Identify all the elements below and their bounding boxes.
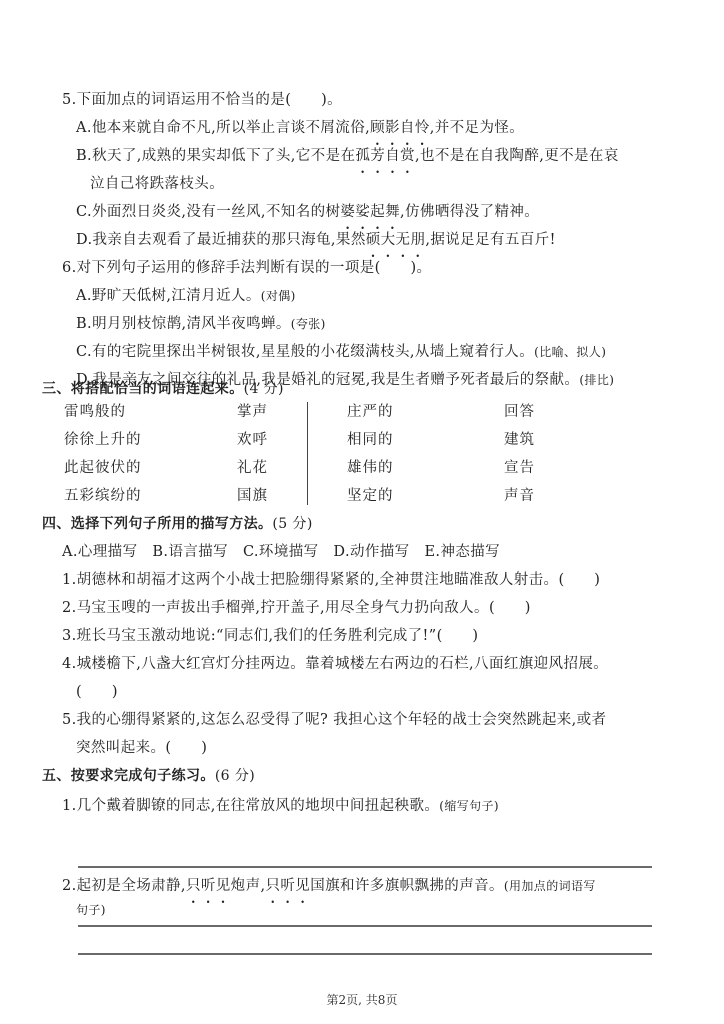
match-right-target: 建筑: [504, 430, 535, 450]
question-5-option-c: C.外面烈日炎炎,没有一丝风,不知名的树婆娑起舞,仿佛晒得没了精神。: [76, 202, 539, 222]
section-points: (6 分): [215, 768, 255, 784]
section-5-item-1: 1.几个戴着脚镣的同志,在往常放风的地坝中间扭起秧歌。(缩写句子): [62, 796, 499, 816]
option-text: C.有的宅院里探出半树银妆,星星般的小花缀满枝头,从墙上窥着行人。: [76, 344, 534, 360]
question-6-option-a: A.野旷天低树,江清月近人。(对偶): [76, 286, 296, 306]
section-points: (4 分): [244, 381, 284, 397]
option-text: A.他本来就自命不凡,所以举止言谈不屑流俗,: [76, 120, 370, 136]
page-indicator: 第2页, 共8页: [0, 991, 724, 1008]
rhetoric-note: (对偶): [261, 289, 296, 303]
match-left-word: 雷鸣般的: [64, 402, 126, 422]
option-text: B.秋天了,成熟的果实却低下了头,它不是在: [76, 148, 355, 164]
section-title: 三、将搭配恰当的词语连起来。: [42, 381, 244, 397]
section-5-item-2-continued: 句子): [76, 900, 106, 920]
dotted-char: 听: [280, 876, 295, 896]
dotted-char: 婆: [340, 202, 355, 222]
dotted-char: 娑: [355, 202, 370, 222]
rhetoric-note: (夸张): [291, 317, 326, 331]
section-4-item-1: 1.胡德林和胡福才这两个小战士把脸绷得紧紧的,全神贯注地瞄准敌人射击。( ): [62, 570, 600, 590]
dotted-char: 影: [385, 118, 400, 138]
match-left-word: 徐徐上升的: [64, 430, 142, 450]
match-left-target: 欢呼: [237, 430, 268, 450]
section-3-heading: 三、将搭配恰当的词语连起来。(4 分): [42, 379, 284, 399]
dotted-char: 怜: [415, 118, 430, 138]
dotted-char: 自: [385, 146, 400, 166]
instruction-note: (缩写句子): [439, 799, 499, 813]
dotted-char: 听: [201, 876, 216, 896]
option-text: ,并不足为怪。: [430, 120, 524, 136]
dotted-char: 赏: [400, 146, 415, 166]
item-text: 1.几个戴着脚镣的同志,在往常放风的地坝中间扭起秧歌。: [62, 798, 439, 814]
rhetoric-note: (比喻、拟人): [534, 345, 606, 359]
section-4-item-5-continued: 突然叫起来。( ): [76, 738, 207, 758]
match-left-word: 此起彼伏的: [64, 458, 142, 478]
match-right-target: 回答: [504, 402, 535, 422]
match-left-target: 国旗: [237, 486, 268, 506]
section-4-item-5: 5.我的心绷得紧紧的,这怎么忍受得了呢? 我担心这个年轻的战士会突然跳起来,或者: [62, 710, 606, 730]
option-text: B.明月别枝惊鹊,清风半夜鸣蝉。: [76, 316, 291, 332]
question-5-option-b-continued: 泣自己将跌落枝头。: [90, 174, 224, 194]
match-left-word: 五彩缤纷的: [64, 486, 142, 506]
match-right-word: 雄伟的: [347, 458, 394, 478]
item-text: 2.起初是全场肃静,: [62, 878, 186, 894]
section-4-item-2: 2.马宝玉嗖的一声拔出手榴弹,拧开盖子,用尽全身气力扔向敌人。( ): [62, 598, 531, 618]
item-text: 炮声,: [231, 878, 266, 894]
option-text: D.我亲自去观看了最近捕获的那只海龟,果然: [76, 232, 366, 248]
dotted-char: 大: [381, 230, 396, 250]
section-5-item-2: 2.起初是全场肃静,只听见炮声,只听见国旗和许多旗帜飘拂的声音。(用加点的词语写: [62, 876, 596, 896]
dotted-char: 见: [216, 876, 231, 896]
question-6-option-c: C.有的宅院里探出半树银妆,星星般的小花缀满枝头,从墙上窥着行人。(比喻、拟人): [76, 342, 606, 362]
dotted-char: 无: [396, 230, 411, 250]
match-right-word: 庄严的: [347, 402, 394, 422]
question-6-option-b: B.明月别枝惊鹊,清风半夜鸣蝉。(夸张): [76, 314, 326, 334]
dotted-char: 自: [400, 118, 415, 138]
match-left-target: 掌声: [237, 402, 268, 422]
section-4-item-3: 3.班长马宝玉激动地说:“同志们,我们的任务胜利完成了!”( ): [62, 626, 479, 646]
instruction-note: (用加点的词语写: [504, 879, 596, 893]
section-5-heading: 五、按要求完成句子练习。(6 分): [42, 766, 255, 786]
option-text: ,也不是在自我陶醉,更不是在哀: [415, 148, 619, 164]
dotted-char: 朋: [410, 230, 425, 250]
match-right-word: 相同的: [347, 430, 394, 450]
section-title: 四、选择下列句子所用的描写方法。: [42, 516, 272, 532]
question-5-option-b: B.秋天了,成熟的果实却低下了头,它不是在孤芳自赏,也不是在自我陶醉,更不是在哀: [76, 146, 619, 166]
question-5-title: 5.下面加点的词语运用不恰当的是( )。: [62, 90, 342, 110]
section-points: (5 分): [272, 516, 312, 532]
question-6-title: 6.对下列句子运用的修辞手法判断有误的一项是( )。: [62, 258, 431, 278]
item-text: 国旗和许多旗帜飘拂的声音。: [310, 878, 504, 894]
answer-line-3[interactable]: [78, 953, 652, 955]
option-text: A.野旷天低树,江清月近人。: [76, 288, 261, 304]
column-divider: [307, 402, 308, 505]
question-5-option-d: D.我亲自去观看了最近捕获的那只海龟,果然硕大无朋,据说足足有五百斤!: [76, 230, 556, 250]
option-text: ,据说足足有五百斤!: [425, 232, 555, 248]
dotted-char: 顾: [370, 118, 385, 138]
dotted-char: 芳: [370, 146, 385, 166]
match-right-target: 宣告: [504, 458, 535, 478]
dotted-char: 只: [265, 876, 280, 896]
option-text: C.外面烈日炎炎,没有一丝风,不知名的树: [76, 204, 340, 220]
section-title: 五、按要求完成句子练习。: [42, 768, 215, 784]
match-right-target: 声音: [504, 486, 535, 506]
answer-line-1[interactable]: [78, 866, 652, 868]
description-method-options: A.心理描写 B.语言描写 C.环境描写 D.动作描写 E.神态描写: [62, 542, 500, 562]
section-4-item-4-answer-blank[interactable]: ( ): [76, 682, 118, 702]
section-4-heading: 四、选择下列句子所用的描写方法。(5 分): [42, 514, 313, 534]
dotted-char: 只: [186, 876, 201, 896]
dotted-char: 孤: [355, 146, 370, 166]
dotted-char: 舞: [385, 202, 400, 222]
dotted-char: 硕: [366, 230, 381, 250]
match-left-target: 礼花: [237, 458, 268, 478]
dotted-char: 见: [295, 876, 310, 896]
dotted-char: 起: [370, 202, 385, 222]
rhetoric-note: (排比): [579, 373, 614, 387]
question-5-option-a: A.他本来就自命不凡,所以举止言谈不屑流俗,顾影自怜,并不足为怪。: [76, 118, 524, 138]
answer-line-2[interactable]: [78, 925, 652, 927]
match-right-word: 坚定的: [347, 486, 394, 506]
option-text: ,仿佛晒得没了精神。: [400, 204, 539, 220]
section-4-item-4: 4.城楼檐下,八盏大红宫灯分挂两边。靠着城楼左右两边的石栏,八面红旗迎风招展。: [62, 654, 608, 674]
